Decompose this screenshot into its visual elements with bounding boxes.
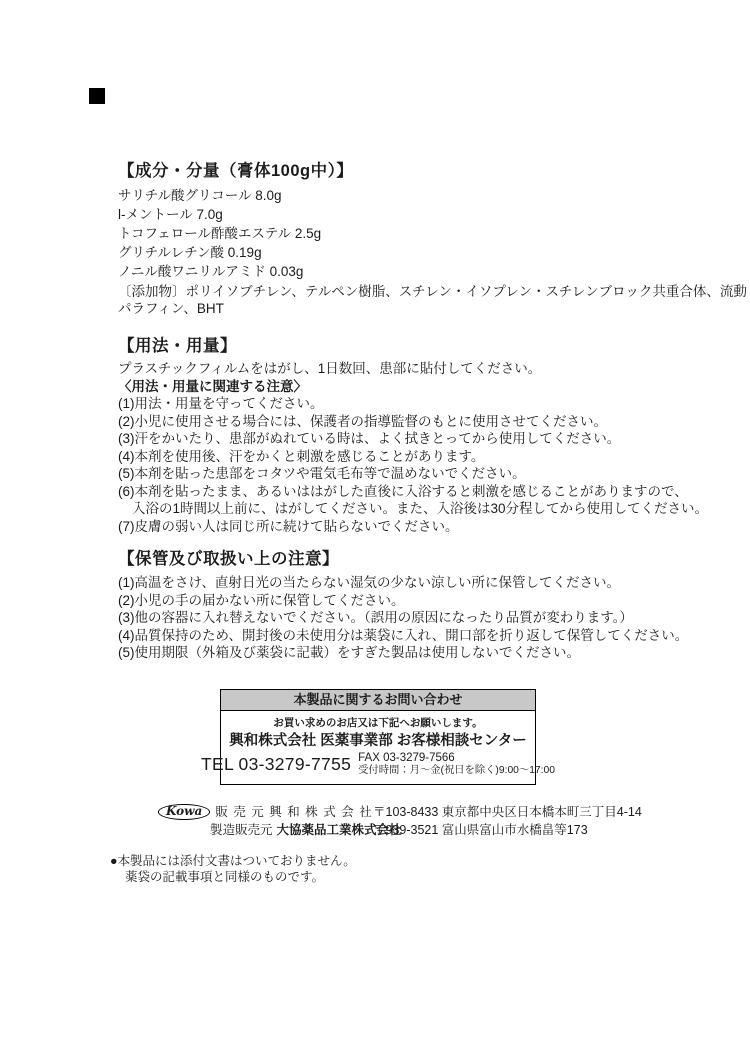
company-block: Kowa 販売元 興和株式会社 〒103-8433 東京都中央区日本橋本町三丁目…	[158, 803, 638, 839]
storage-note: (1)高温をさけ、直射日光の当たらない湿気の少ない涼しい所に保管してください。	[118, 574, 638, 592]
ingredient-item: トコフェロール酢酸エステル 2.5g	[118, 224, 638, 243]
footer-note-line: 薬袋の記載事項と同様のものです。	[110, 869, 638, 885]
additives-line: 〔添加物〕ポリイソブチレン、テルペン樹脂、スチレン・イソプレン・スチレンブロック…	[118, 284, 638, 301]
manufacturer-left: 製造販売元 大協薬品工業株式会社	[158, 821, 373, 839]
manufacturer-address: 〒939-3521 富山県富山市水橋畠等173	[373, 821, 588, 839]
section-dosage: 【用法・用量】 プラスチックフィルムをはがし、1日数回、患部に貼付してください。…	[118, 336, 638, 535]
ingredient-item: サリチル酸グリコール 8.0g	[118, 186, 638, 205]
dosage-body: プラスチックフィルムをはがし、1日数回、患部に貼付してください。 〈用法・用量に…	[118, 360, 638, 535]
section-ingredients: 【成分・分量（膏体100g中）】 サリチル酸グリコール 8.0g l-メントール…	[118, 161, 638, 317]
distributor-role: 販売元	[215, 803, 269, 821]
dosage-note: (1)用法・用量を守ってください。	[118, 395, 638, 413]
section-storage: 【保管及び取扱い上の注意】 (1)高温をさけ、直射日光の当たらない湿気の少ない涼…	[118, 549, 638, 662]
dosage-instruction: プラスチックフィルムをはがし、1日数回、患部に貼付してください。	[118, 360, 638, 378]
distributor-address: 〒103-8433 東京都中央区日本橋本町三丁目4-14	[373, 803, 642, 821]
contact-center-name: 興和株式会社 医薬事業部 お客様相談センター	[227, 732, 529, 750]
storage-note: (3)他の容器に入れ替えないでください。（誤用の原因になったり品質が変わります。…	[118, 609, 638, 627]
dosage-note-continuation: 入浴の1時間以上前に、はがしてください。また、入浴後は30分程してから使用してく…	[118, 500, 638, 518]
ingredients-heading: 【成分・分量（膏体100g中）】	[118, 161, 638, 181]
ingredient-item: l-メントール 7.0g	[118, 205, 638, 224]
storage-note: (5)使用期限（外箱及び薬袋に記載）をすぎた製品は使用しないでください。	[118, 644, 638, 662]
distributor-name: 興和株式会社	[269, 803, 377, 821]
dosage-note: (6)本剤を貼ったまま、あるいははがした直後に入浴すると刺激を感じることがありま…	[118, 483, 638, 501]
storage-note: (2)小児の手の届かない所に保管してください。	[118, 592, 638, 610]
contact-box-body: お買い求めのお店又は下記へお願いします。 興和株式会社 医薬事業部 お客様相談セ…	[221, 711, 535, 784]
ingredient-item: ノニル酸ワニリルアミド 0.03g	[118, 262, 638, 281]
document-content: 【成分・分量（膏体100g中）】 サリチル酸グリコール 8.0g l-メントール…	[118, 161, 638, 885]
package-insert-page: { "colors": { "page_bg": "#ffffff", "tex…	[0, 0, 750, 1052]
storage-note: (4)品質保持のため、開封後の未使用分は薬袋に入れ、開口部を折り返して保管してく…	[118, 627, 638, 645]
storage-heading: 【保管及び取扱い上の注意】	[118, 549, 638, 569]
reception-hours: 受付時間：月～金(祝日を除く)9:00～17:00	[358, 765, 555, 777]
storage-body: (1)高温をさけ、直射日光の当たらない湿気の少ない涼しい所に保管してください。 …	[118, 574, 638, 662]
dosage-note: (7)皮膚の弱い人は同じ所に続けて貼らないでください。	[118, 518, 638, 536]
page-corner-mark	[89, 88, 105, 104]
additives-line: パラフィン、BHT	[118, 301, 638, 318]
dosage-note: (2)小児に使用させる場合には、保護者の指導監督のもとに使用させてください。	[118, 413, 638, 431]
dosage-note: (5)本剤を貼った患部をコタツや電気毛布等で温めないでください。	[118, 465, 638, 483]
ingredient-item: グリチルレチン酸 0.19g	[118, 243, 638, 262]
ingredients-list: サリチル酸グリコール 8.0g l-メントール 7.0g トコフェロール酢酸エス…	[118, 186, 638, 281]
contact-box: 本製品に関するお問い合わせ お買い求めのお店又は下記へお願いします。 興和株式会…	[220, 689, 536, 785]
manufacturer-role: 製造販売元	[210, 821, 273, 839]
fax-hours-stack: FAX 03-3279-7566 受付時間：月～金(祝日を除く)9:00～17:…	[358, 752, 555, 777]
footer-note: ●本製品には添付文書はついておりません。 薬袋の記載事項と同様のものです。	[110, 853, 638, 885]
contact-box-title: 本製品に関するお問い合わせ	[221, 690, 535, 711]
kowa-logo: Kowa	[158, 804, 210, 820]
tel-number: TEL 03-3279-7755	[201, 754, 351, 775]
dosage-heading: 【用法・用量】	[118, 336, 638, 356]
dosage-note: (4)本剤を使用後、汗をかくと刺激を感じることがあります。	[118, 448, 638, 466]
footer-note-line: ●本製品には添付文書はついておりません。	[110, 853, 638, 869]
dosage-note-heading: 〈用法・用量に関連する注意〉	[118, 378, 638, 396]
contact-note: お買い求めのお店又は下記へお願いします。	[227, 717, 529, 730]
distributor-row: Kowa 販売元 興和株式会社 〒103-8433 東京都中央区日本橋本町三丁目…	[158, 803, 638, 821]
distributor-left: Kowa 販売元 興和株式会社	[158, 803, 373, 821]
dosage-note: (3)汗をかいたり、患部がぬれている時は、よく拭きとってから使用してください。	[118, 430, 638, 448]
additives-paragraph: 〔添加物〕ポリイソブチレン、テルペン樹脂、スチレン・イソプレン・スチレンブロック…	[118, 284, 638, 317]
contact-tel-row: TEL 03-3279-7755 FAX 03-3279-7566 受付時間：月…	[227, 752, 529, 777]
manufacturer-row: 製造販売元 大協薬品工業株式会社 〒939-3521 富山県富山市水橋畠等173	[158, 821, 638, 839]
fax-number: FAX 03-3279-7566	[358, 752, 555, 765]
